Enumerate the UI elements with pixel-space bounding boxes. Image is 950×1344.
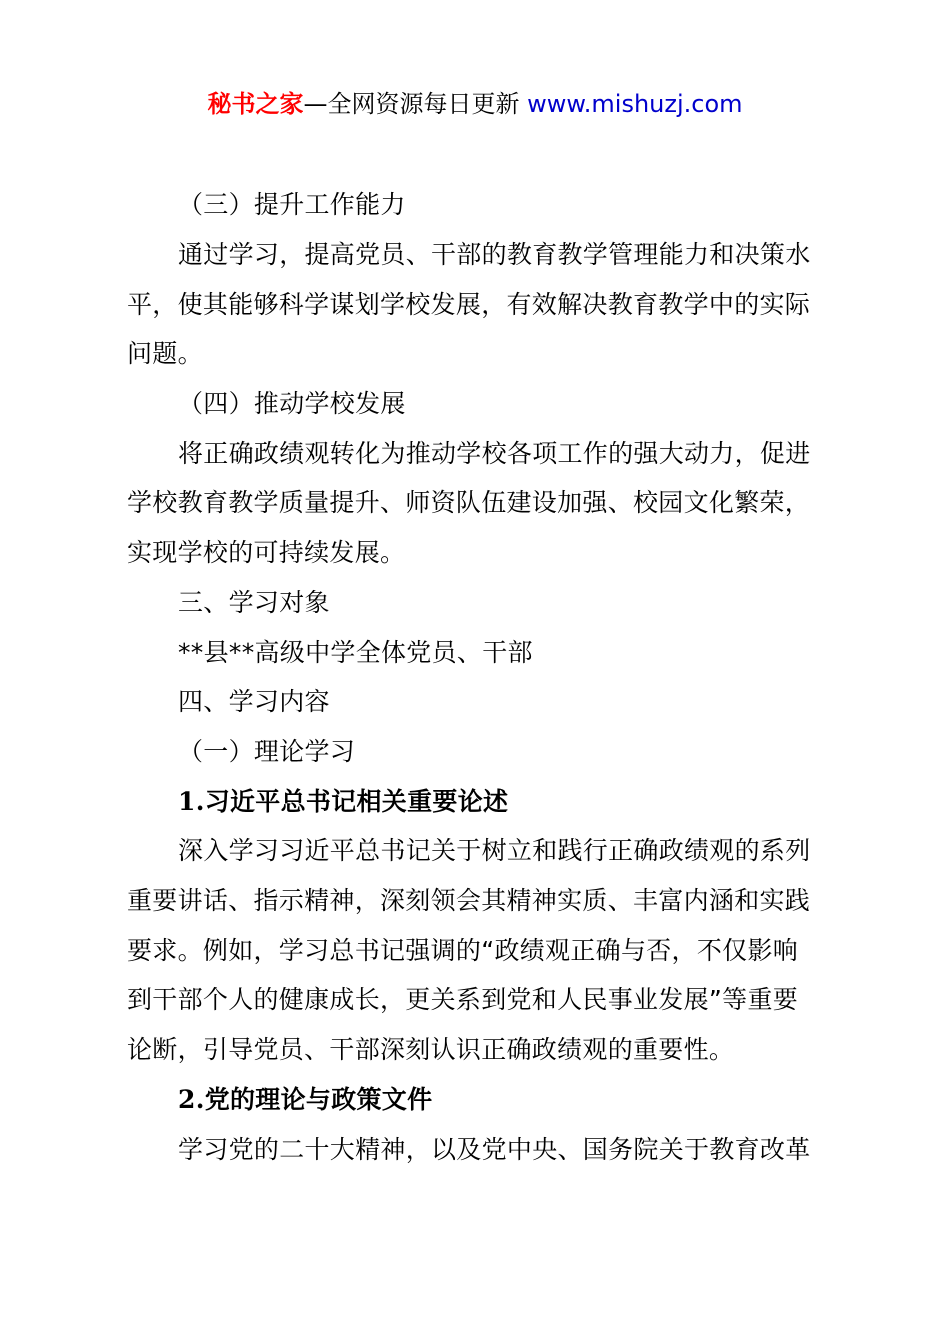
paragraph-line: 学校教育教学质量提升、师资队伍建设加强、校园文化繁荣， <box>127 486 837 520</box>
paragraph-line: 深入学习习近平总书记关于树立和践行正确政绩观的系列 <box>178 834 888 868</box>
paragraph-line: 问题。 <box>127 337 837 371</box>
paragraph-line: 论断，引导党员、干部深刻认识正确政绩观的重要性。 <box>127 1033 837 1067</box>
paragraph-line: **县**高级中学全体党员、干部 <box>178 636 888 670</box>
section-heading: 四、学习内容 <box>178 685 888 719</box>
paragraph-line: 到干部个人的健康成长，更关系到党和人民事业发展”等重要 <box>127 983 837 1017</box>
brand-name: 秘书之家 <box>207 90 303 118</box>
paragraph-line: 要求。例如，学习总书记强调的“政绩观正确与否，不仅影响 <box>127 934 837 968</box>
paragraph-line: 实现学校的可持续发展。 <box>127 536 837 570</box>
site-header: 秘书之家—全网资源每日更新 www.mishuzj.com <box>0 86 950 122</box>
paragraph-line: 将正确政绩观转化为推动学校各项工作的强大动力，促进 <box>178 437 888 471</box>
section-heading: 三、学习对象 <box>178 586 888 620</box>
paragraph-line: 平，使其能够科学谋划学校发展，有效解决教育教学中的实际 <box>127 288 837 322</box>
site-url-link[interactable]: www.mishuzj.com <box>527 90 742 118</box>
section-heading: （四）推动学校发展 <box>178 387 888 421</box>
section-heading: （一）理论学习 <box>178 735 888 769</box>
paragraph-line: 重要讲话、指示精神，深刻领会其精神实质、丰富内涵和实践 <box>127 884 837 918</box>
header-tagline: —全网资源每日更新 <box>303 90 527 118</box>
subsection-heading: 2.党的理论与政策文件 <box>178 1083 888 1117</box>
paragraph-line: 学习党的二十大精神，以及党中央、国务院关于教育改革 <box>178 1133 888 1167</box>
subsection-heading: 1.习近平总书记相关重要论述 <box>178 785 888 819</box>
paragraph-line: 通过学习，提高党员、干部的教育教学管理能力和决策水 <box>178 238 888 272</box>
section-heading: （三）提升工作能力 <box>178 188 888 222</box>
